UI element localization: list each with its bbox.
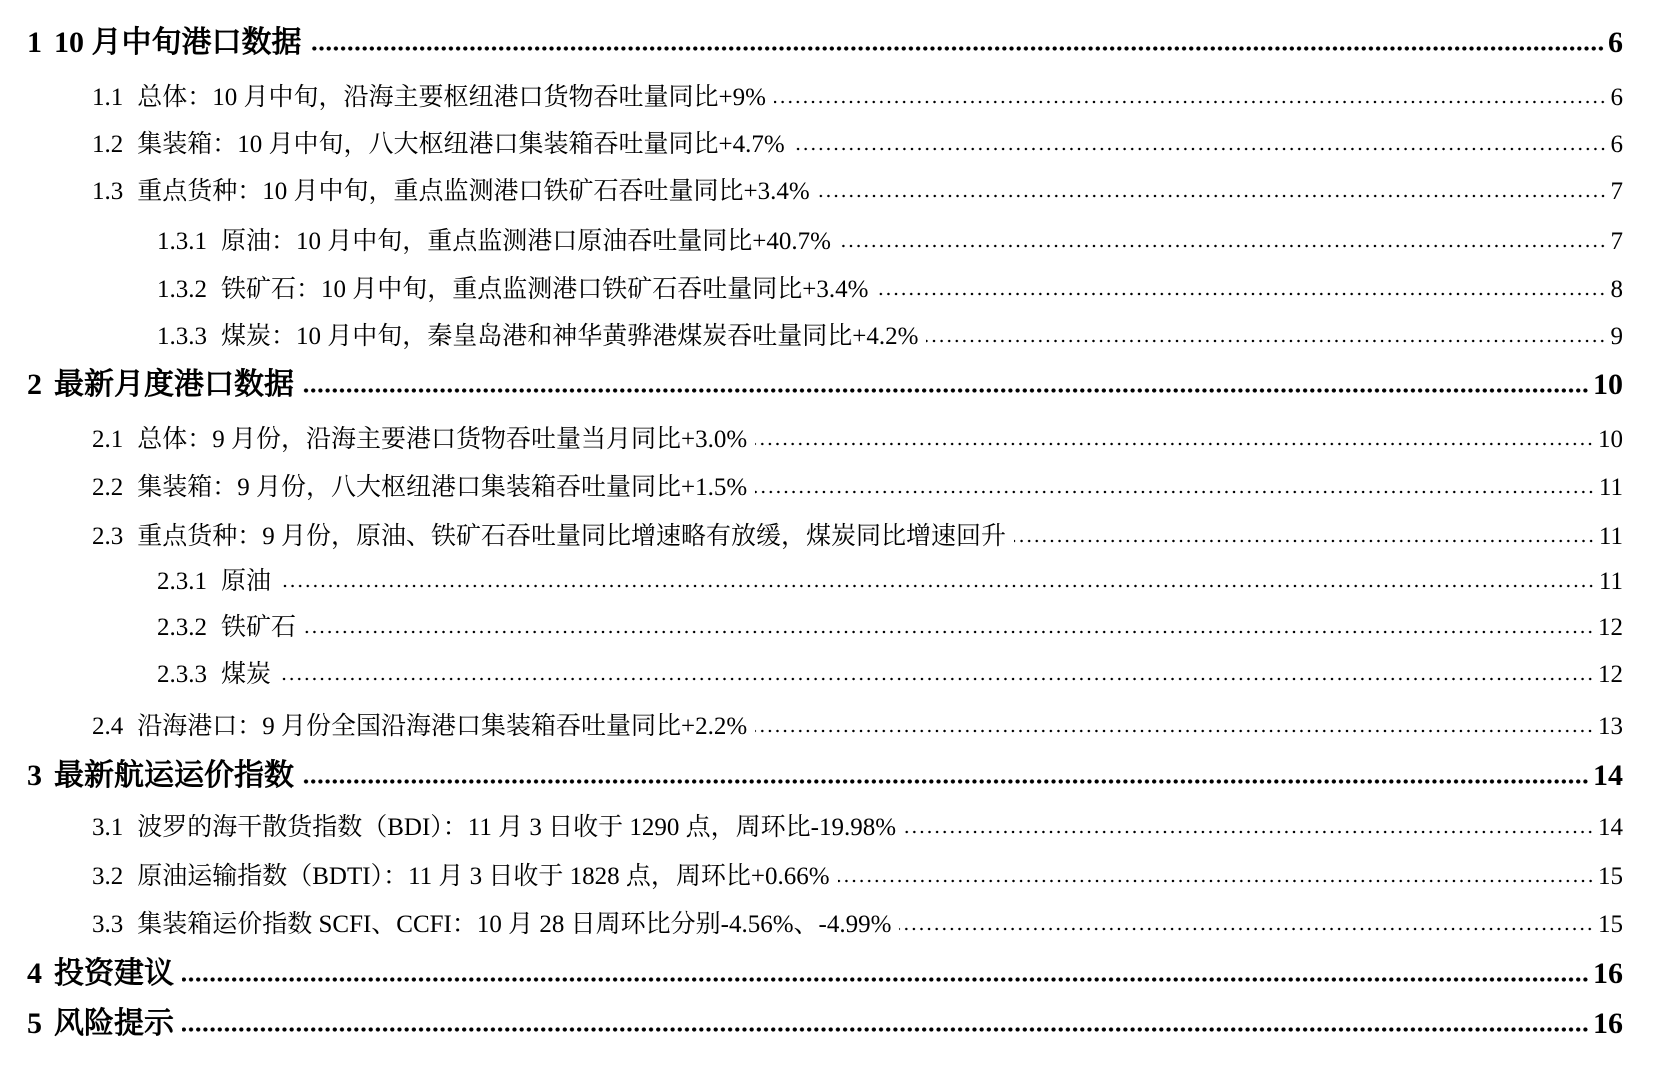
toc-entry-title[interactable]: 铁矿石：10 月中旬，重点监测港口铁矿石吞吐量同比+3.4% bbox=[221, 270, 868, 310]
toc-entry-title[interactable]: 煤炭 bbox=[221, 655, 271, 695]
toc-entry-3[interactable]: 3 最新航运运价指数 14 bbox=[27, 755, 1623, 795]
toc-entry-title[interactable]: 重点货种：10 月中旬，重点监测港口铁矿石吞吐量同比+3.4% bbox=[137, 172, 809, 212]
toc-entry-page[interactable]: 13 bbox=[1598, 707, 1623, 747]
toc-entry-2-1[interactable]: 2.1 总体：9 月份，沿海主要港口货物吞吐量当月同比+3.0% 10 bbox=[92, 420, 1623, 460]
toc-entry-page[interactable]: 11 bbox=[1599, 562, 1623, 602]
toc-entry-number: 3.2 bbox=[92, 857, 123, 897]
toc-entry-title[interactable]: 集装箱：9 月份，八大枢纽港口集装箱吞吐量同比+1.5% bbox=[137, 468, 747, 508]
toc-entry-title[interactable]: 煤炭：10 月中旬，秦皇岛港和神华黄骅港煤炭吞吐量同比+4.2% bbox=[221, 317, 918, 357]
toc-entry-page[interactable]: 14 bbox=[1598, 808, 1623, 848]
toc-entry-page[interactable]: 6 bbox=[1611, 78, 1624, 118]
toc-entry-title[interactable]: 波罗的海干散货指数（BDI）：11 月 3 日收于 1290 点，周环比-19.… bbox=[137, 808, 896, 848]
toc-entry-1-3[interactable]: 1.3 重点货种：10 月中旬，重点监测港口铁矿石吞吐量同比+3.4% 7 bbox=[92, 172, 1623, 212]
toc-entry-2-3-3[interactable]: 2.3.3 煤炭 12 bbox=[157, 655, 1623, 695]
toc-entry-1-1[interactable]: 1.1 总体：10 月中旬，沿海主要枢纽港口货物吞吐量同比+9% 6 bbox=[92, 78, 1623, 118]
toc-entry-title[interactable]: 总体：10 月中旬，沿海主要枢纽港口货物吞吐量同比+9% bbox=[137, 78, 766, 118]
toc-entry-title[interactable]: 集装箱：10 月中旬，八大枢纽港口集装箱吞吐量同比+4.7% bbox=[137, 125, 784, 165]
toc-entry-number: 2.4 bbox=[92, 707, 123, 747]
toc-entry-page[interactable]: 7 bbox=[1611, 222, 1624, 262]
dot-leader bbox=[926, 319, 1606, 344]
toc-entry-title[interactable]: 10 月中旬港口数据 bbox=[54, 23, 302, 63]
toc-entry-page[interactable]: 15 bbox=[1598, 857, 1623, 897]
dot-leader bbox=[755, 422, 1594, 447]
toc-entry-1[interactable]: 1 10 月中旬港口数据 6 bbox=[27, 22, 1623, 62]
toc-entry-title[interactable]: 投资建议 bbox=[54, 954, 174, 994]
toc-entry-number: 2.3.1 bbox=[157, 562, 207, 602]
table-of-contents: 1 10 月中旬港口数据 6 1.1 总体：10 月中旬，沿海主要枢纽港口货物吞… bbox=[0, 0, 1664, 1075]
toc-entry-title[interactable]: 原油运输指数（BDTI）：11 月 3 日收于 1828 点，周环比+0.66% bbox=[137, 857, 829, 897]
toc-entry-number: 1.3.3 bbox=[157, 317, 207, 357]
toc-entry-page[interactable]: 11 bbox=[1599, 468, 1623, 508]
toc-entry-title[interactable]: 最新航运运价指数 bbox=[54, 756, 294, 796]
toc-entry-number: 3 bbox=[27, 756, 42, 796]
toc-entry-page[interactable]: 10 bbox=[1593, 365, 1623, 405]
toc-entry-page[interactable]: 16 bbox=[1593, 1004, 1623, 1044]
toc-entry-number: 3.1 bbox=[92, 808, 123, 848]
toc-entry-title[interactable]: 原油：10 月中旬，重点监测港口原油吞吐量同比+40.7% bbox=[221, 222, 831, 262]
toc-entry-number: 1.3.1 bbox=[157, 222, 207, 262]
dot-leader bbox=[818, 174, 1607, 199]
dot-leader bbox=[838, 859, 1594, 884]
toc-entry-1-3-3[interactable]: 1.3.3 煤炭：10 月中旬，秦皇岛港和神华黄骅港煤炭吞吐量同比+4.2% 9 bbox=[157, 317, 1623, 357]
dot-leader bbox=[279, 564, 1595, 589]
dot-leader bbox=[279, 657, 1594, 682]
toc-entry-2[interactable]: 2 最新月度港口数据 10 bbox=[27, 364, 1623, 404]
dot-leader bbox=[899, 907, 1594, 932]
toc-entry-number: 2 bbox=[27, 365, 42, 405]
toc-entry-number: 1.2 bbox=[92, 125, 123, 165]
dot-leader bbox=[755, 470, 1595, 495]
toc-entry-number: 1.1 bbox=[92, 78, 123, 118]
toc-entry-title[interactable]: 原油 bbox=[221, 562, 271, 602]
toc-entry-page[interactable]: 6 bbox=[1608, 23, 1623, 63]
toc-entry-3-1[interactable]: 3.1 波罗的海干散货指数（BDI）：11 月 3 日收于 1290 点，周环比… bbox=[92, 808, 1623, 848]
toc-entry-number: 2.2 bbox=[92, 468, 123, 508]
dot-leader bbox=[793, 127, 1607, 152]
toc-entry-page[interactable]: 14 bbox=[1593, 756, 1623, 796]
toc-entry-number: 2.3.2 bbox=[157, 608, 207, 648]
dot-leader bbox=[774, 80, 1607, 105]
dot-leader bbox=[310, 22, 1605, 52]
toc-entry-number: 2.3 bbox=[92, 517, 123, 557]
toc-entry-3-3[interactable]: 3.3 集装箱运价指数 SCFI、CCFI：10 月 28 日周环比分别-4.5… bbox=[92, 905, 1623, 945]
toc-entry-2-4[interactable]: 2.4 沿海港口：9 月份全国沿海港口集装箱吞吐量同比+2.2% 13 bbox=[92, 707, 1623, 747]
dot-leader bbox=[755, 709, 1594, 734]
toc-entry-2-3-1[interactable]: 2.3.1 原油 11 bbox=[157, 562, 1623, 602]
toc-entry-number: 1.3 bbox=[92, 172, 123, 212]
toc-entry-title[interactable]: 风险提示 bbox=[54, 1004, 174, 1044]
dot-leader bbox=[302, 755, 1589, 785]
toc-entry-page[interactable]: 9 bbox=[1611, 317, 1624, 357]
toc-entry-title[interactable]: 集装箱运价指数 SCFI、CCFI：10 月 28 日周环比分别-4.56%、-… bbox=[137, 905, 891, 945]
dot-leader bbox=[304, 610, 1594, 635]
dot-leader bbox=[839, 224, 1607, 249]
toc-entry-title[interactable]: 铁矿石 bbox=[221, 608, 296, 648]
toc-entry-2-2[interactable]: 2.2 集装箱：9 月份，八大枢纽港口集装箱吞吐量同比+1.5% 11 bbox=[92, 468, 1623, 508]
toc-entry-number: 2.1 bbox=[92, 420, 123, 460]
toc-entry-title[interactable]: 重点货种：9 月份，原油、铁矿石吞吐量同比增速略有放缓，煤炭同比增速回升 bbox=[137, 517, 1006, 557]
dot-leader bbox=[1014, 519, 1595, 544]
toc-entry-page[interactable]: 12 bbox=[1598, 608, 1623, 648]
toc-entry-page[interactable]: 7 bbox=[1611, 172, 1624, 212]
toc-entry-page[interactable]: 6 bbox=[1611, 125, 1624, 165]
toc-entry-title[interactable]: 总体：9 月份，沿海主要港口货物吞吐量当月同比+3.0% bbox=[137, 420, 747, 460]
toc-entry-4[interactable]: 4 投资建议 16 bbox=[27, 953, 1623, 993]
dot-leader bbox=[904, 810, 1594, 835]
toc-entry-number: 4 bbox=[27, 954, 42, 994]
dot-leader bbox=[182, 1003, 1589, 1033]
dot-leader bbox=[182, 953, 1589, 983]
toc-entry-page[interactable]: 16 bbox=[1593, 954, 1623, 994]
toc-entry-number: 2.3.3 bbox=[157, 655, 207, 695]
toc-entry-3-2[interactable]: 3.2 原油运输指数（BDTI）：11 月 3 日收于 1828 点，周环比+0… bbox=[92, 857, 1623, 897]
toc-entry-2-3-2[interactable]: 2.3.2 铁矿石 12 bbox=[157, 608, 1623, 648]
toc-entry-page[interactable]: 11 bbox=[1599, 517, 1623, 557]
toc-entry-number: 1.3.2 bbox=[157, 270, 207, 310]
toc-entry-number: 5 bbox=[27, 1004, 42, 1044]
toc-entry-page[interactable]: 8 bbox=[1611, 270, 1624, 310]
toc-entry-number: 1 bbox=[27, 23, 42, 63]
toc-entry-title[interactable]: 沿海港口：9 月份全国沿海港口集装箱吞吐量同比+2.2% bbox=[137, 707, 747, 747]
toc-entry-5[interactable]: 5 风险提示 16 bbox=[27, 1003, 1623, 1043]
toc-entry-1-2[interactable]: 1.2 集装箱：10 月中旬，八大枢纽港口集装箱吞吐量同比+4.7% 6 bbox=[92, 125, 1623, 165]
toc-entry-page[interactable]: 10 bbox=[1598, 420, 1623, 460]
toc-entry-1-3-1[interactable]: 1.3.1 原油：10 月中旬，重点监测港口原油吞吐量同比+40.7% 7 bbox=[157, 222, 1623, 262]
toc-entry-2-3[interactable]: 2.3 重点货种：9 月份，原油、铁矿石吞吐量同比增速略有放缓，煤炭同比增速回升… bbox=[92, 517, 1623, 557]
toc-entry-title[interactable]: 最新月度港口数据 bbox=[54, 365, 294, 405]
dot-leader bbox=[876, 272, 1606, 297]
toc-entry-page[interactable]: 15 bbox=[1598, 905, 1623, 945]
toc-entry-1-3-2[interactable]: 1.3.2 铁矿石：10 月中旬，重点监测港口铁矿石吞吐量同比+3.4% 8 bbox=[157, 270, 1623, 310]
dot-leader bbox=[302, 364, 1589, 394]
toc-entry-number: 3.3 bbox=[92, 905, 123, 945]
toc-entry-page[interactable]: 12 bbox=[1598, 655, 1623, 695]
